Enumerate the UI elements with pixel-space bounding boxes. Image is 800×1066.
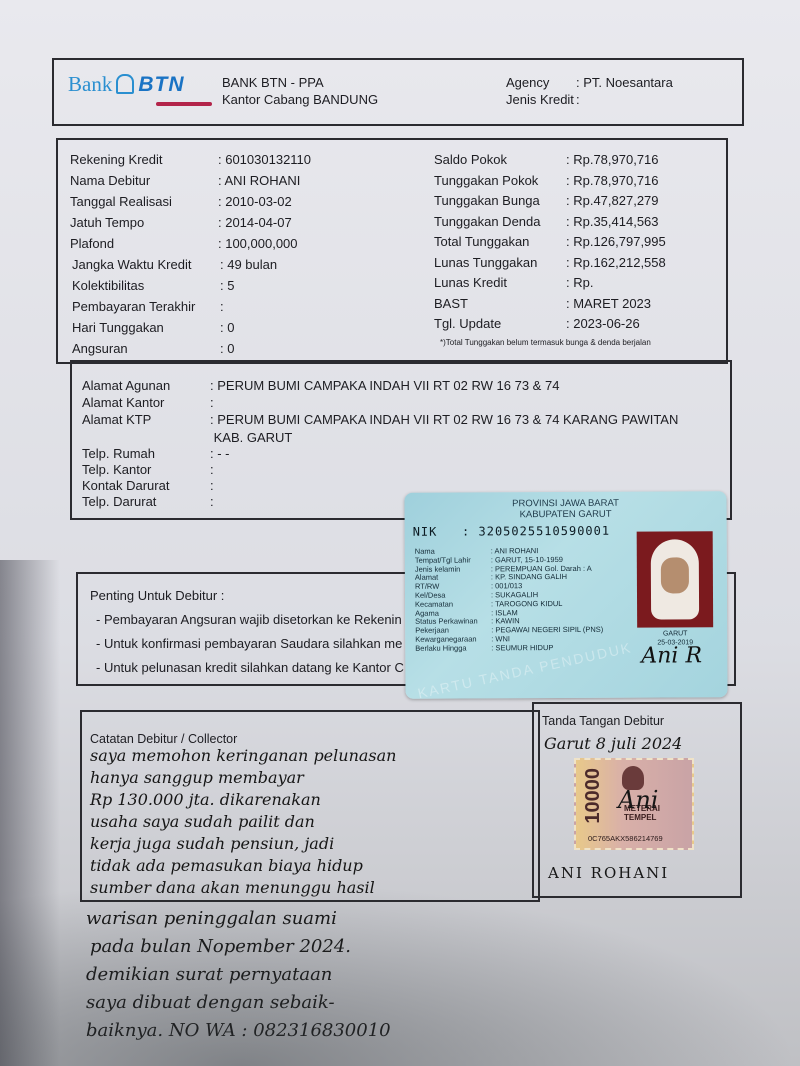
field-value: : 2014-04-07: [218, 215, 292, 230]
handwritten-note-line: saya dibuat dengan sebaik-: [86, 992, 335, 1013]
field-label: Alamat KTP: [82, 412, 210, 427]
field-label: Plafond: [70, 236, 218, 251]
field-value: :: [210, 462, 214, 477]
signature-place-date: Garut 8 juli 2024: [544, 734, 682, 753]
note-item: - Pembayaran Angsuran wajib disetorkan k…: [96, 612, 402, 627]
house-icon: [116, 74, 134, 94]
field-value: : 2010-03-02: [218, 194, 292, 209]
ktp-field-value: : TAROGONG KIDUL: [491, 599, 562, 608]
ktp-issue-place: GARUT: [637, 629, 713, 638]
field-label: Telp. Darurat: [82, 494, 210, 509]
account-field-row: Jangka Waktu Kredit: 49 bulan: [72, 257, 277, 272]
jenis-kredit-label: Jenis Kredit: [506, 91, 576, 108]
ktp-field-label: Berlaku Hingga: [415, 643, 491, 652]
field-label: Saldo Pokok: [434, 152, 566, 167]
collector-notes-title: Catatan Debitur / Collector: [90, 732, 237, 746]
field-value: : MARET 2023: [566, 296, 651, 311]
field-value: : 0: [220, 341, 234, 356]
ktp-signature: Ani R: [641, 643, 702, 668]
field-label: Hari Tunggakan: [72, 320, 220, 335]
field-label: Pembayaran Terakhir: [72, 299, 220, 314]
field-label: Alamat Agunan: [82, 378, 210, 393]
ktp-field-value: : SEUMUR HIDUP: [491, 643, 553, 652]
ktp-field: Berlaku Hingga: SEUMUR HIDUP: [415, 643, 553, 653]
field-value: : 5: [220, 278, 234, 293]
debtor-signature: Ani: [618, 786, 658, 814]
account-field-row: Tgl. Update: 2023-06-26: [434, 316, 640, 331]
field-label: Kontak Darurat: [82, 478, 210, 493]
ktp-id-card: PROVINSI JAWA BARAT KABUPATEN GARUT NIK …: [404, 491, 727, 699]
field-value: : PERUM BUMI CAMPAKA INDAH VII RT 02 RW …: [210, 412, 678, 427]
field-value: : Rp.: [566, 275, 593, 290]
field-label: Telp. Rumah: [82, 446, 210, 461]
field-label: Lunas Tunggakan: [434, 255, 566, 270]
field-value: : 0: [220, 320, 234, 335]
field-value: : 49 bulan: [220, 257, 277, 272]
account-field-row: Hari Tunggakan: 0: [72, 320, 234, 335]
account-field-row: Lunas Kredit: Rp.: [434, 275, 593, 290]
field-value: : 100,000,000: [218, 236, 298, 251]
stamp-serial: 0C765AKX586214769: [588, 834, 663, 843]
nik-value: : 3205025510590001: [462, 524, 610, 539]
field-value: : Rp.35,414,563: [566, 214, 659, 229]
field-value: : ANI ROHANI: [218, 173, 300, 188]
agency-label: Agency: [506, 74, 576, 91]
address-field-row: Alamat Agunan: PERUM BUMI CAMPAKA INDAH …: [82, 378, 559, 393]
account-field-row: Total Tunggakan: Rp.126,797,995: [434, 234, 666, 249]
bank-btn-logo: BankBTN: [68, 72, 185, 97]
collector-notes-panel: Catatan Debitur / Collector saya memohon…: [80, 710, 540, 902]
field-value: : 601030132110: [218, 152, 311, 167]
address-field-row: Telp. Darurat:: [82, 494, 214, 509]
field-value: : 2023-06-26: [566, 316, 640, 331]
handwritten-note-line: hanya sanggup membayar: [90, 768, 304, 787]
nik-label: NIK: [413, 525, 438, 539]
account-field-row: Lunas Tunggakan: Rp.162,212,558: [434, 255, 666, 270]
tunggakan-footnote: *)Total Tunggakan belum termasuk bunga &…: [440, 338, 651, 347]
field-value: : Rp.126,797,995: [566, 234, 666, 249]
logo-btn-text: BTN: [138, 73, 184, 96]
field-label: Lunas Kredit: [434, 275, 566, 290]
address-field-row: Telp. Rumah: - -: [82, 446, 230, 461]
handwritten-note-line: tidak ada pemasukan biaya hidup: [90, 856, 363, 875]
field-value: :: [220, 299, 224, 314]
account-field-row: Pembayaran Terakhir:: [72, 299, 224, 314]
field-label: Rekening Kredit: [70, 152, 218, 167]
logo-underline: [156, 102, 212, 106]
field-value: : Rp.78,970,716: [566, 152, 659, 167]
field-label: Jatuh Tempo: [70, 215, 218, 230]
account-field-row: BAST: MARET 2023: [434, 296, 651, 311]
header-panel: BankBTN BANK BTN - PPA Kantor Cabang BAN…: [52, 58, 744, 126]
handwritten-note-line: saya memohon keringanan pelunasan: [90, 746, 396, 765]
field-value: : Rp.47,827,279: [566, 193, 659, 208]
field-value: :: [210, 478, 214, 493]
handwritten-note-line: sumber dana akan menunggu hasil: [90, 878, 375, 897]
field-label: Tunggakan Denda: [434, 214, 566, 229]
stamp-label-2: TEMPEL: [624, 813, 660, 822]
field-label: Kolektibilitas: [72, 278, 220, 293]
ktp-field-value: : ISLAM: [491, 608, 518, 617]
ktp-field-value: : KAWIN: [491, 617, 520, 626]
account-field-row: Tunggakan Denda: Rp.35,414,563: [434, 214, 659, 229]
field-label: Tunggakan Pokok: [434, 173, 566, 188]
handwritten-note-line: pada bulan Nopember 2024.: [90, 936, 351, 957]
field-label: Alamat Kantor: [82, 395, 210, 410]
address-field-row: Alamat KTP: PERUM BUMI CAMPAKA INDAH VII…: [82, 412, 678, 427]
account-field-row: Tunggakan Pokok: Rp.78,970,716: [434, 173, 659, 188]
account-field-row: Rekening Kredit: 601030132110: [70, 152, 311, 167]
ktp-field-value: : PEGAWAI NEGERI SIPIL (PNS): [491, 625, 603, 635]
address-field-row: Alamat Kantor:: [82, 395, 214, 410]
field-value: : PERUM BUMI CAMPAKA INDAH VII RT 02 RW …: [210, 378, 559, 393]
account-field-row: Angsuran: 0: [72, 341, 234, 356]
field-value: :: [210, 494, 214, 509]
note-item: - Untuk konfirmasi pembayaran Saudara si…: [96, 636, 402, 651]
logo-bank-text: Bank: [68, 72, 112, 96]
field-value: KAB. GARUT: [210, 430, 292, 445]
field-value: : Rp.78,970,716: [566, 173, 659, 188]
address-field-row: KAB. GARUT: [82, 430, 292, 445]
shadow-overlay: [0, 560, 60, 1066]
field-label: Tgl. Update: [434, 316, 566, 331]
branch-name: Kantor Cabang BANDUNG: [222, 91, 378, 108]
field-label: Angsuran: [72, 341, 220, 356]
handwritten-note-line: kerja juga sudah pensiun, jadi: [90, 834, 334, 853]
field-label: Jangka Waktu Kredit: [72, 257, 220, 272]
signature-title: Tanda Tangan Debitur: [542, 714, 664, 728]
field-value: : - -: [210, 446, 230, 461]
account-field-row: Kolektibilitas: 5: [72, 278, 234, 293]
address-field-row: Telp. Kantor:: [82, 462, 214, 477]
address-field-row: Kontak Darurat:: [82, 478, 214, 493]
account-field-row: Saldo Pokok: Rp.78,970,716: [434, 152, 659, 167]
agency-info: Agency: PT. Noesantara Jenis Kredit:: [506, 74, 673, 108]
ktp-nik: NIK : 3205025510590001: [413, 524, 610, 539]
account-field-row: Tanggal Realisasi: 2010-03-02: [70, 194, 292, 209]
handwritten-note-line: warisan peninggalan suami: [86, 908, 337, 929]
handwritten-note-line: baiknya. NO WA : 082316830010: [86, 1020, 391, 1041]
field-label: Tanggal Realisasi: [70, 194, 218, 209]
account-field-row: Jatuh Tempo: 2014-04-07: [70, 215, 292, 230]
ktp-photo: [637, 531, 714, 627]
signatory-name: ANI ROHANI: [548, 864, 669, 882]
account-info-panel: Rekening Kredit: 601030132110Nama Debitu…: [56, 138, 728, 364]
ktp-field-value: : WNI: [491, 634, 510, 643]
ktp-regency: KABUPATEN GARUT: [405, 508, 727, 521]
handwritten-note-line: Rp 130.000 jta. dikarenakan: [90, 790, 321, 809]
important-notes-title: Penting Untuk Debitur :: [90, 588, 224, 603]
account-field-row: Plafond: 100,000,000: [70, 236, 298, 251]
handwritten-note-line: demikian surat pernyataan: [86, 964, 332, 985]
jenis-kredit-value: :: [576, 92, 580, 107]
handwritten-note-line: usaha saya sudah pailit dan: [90, 812, 315, 831]
field-label: Total Tunggakan: [434, 234, 566, 249]
stamp-value: 10000: [582, 768, 605, 824]
ktp-field-value: : 001/013: [491, 581, 522, 590]
field-label: Tunggakan Bunga: [434, 193, 566, 208]
bank-name: BANK BTN - PPA: [222, 74, 378, 91]
field-label: Telp. Kantor: [82, 462, 210, 477]
account-field-row: Tunggakan Bunga: Rp.47,827,279: [434, 193, 659, 208]
account-field-row: Nama Debitur: ANI ROHANI: [70, 173, 300, 188]
agency-value: : PT. Noesantara: [576, 75, 673, 90]
field-value: :: [210, 395, 214, 410]
ktp-field-value: : KP. SINDANG GALIH: [491, 572, 567, 581]
note-item: - Untuk pelunasan kredit silahkan datang…: [96, 660, 404, 675]
field-label: Nama Debitur: [70, 173, 218, 188]
field-value: : Rp.162,212,558: [566, 255, 666, 270]
bank-info: BANK BTN - PPA Kantor Cabang BANDUNG: [222, 74, 378, 108]
field-label: BAST: [434, 296, 566, 311]
